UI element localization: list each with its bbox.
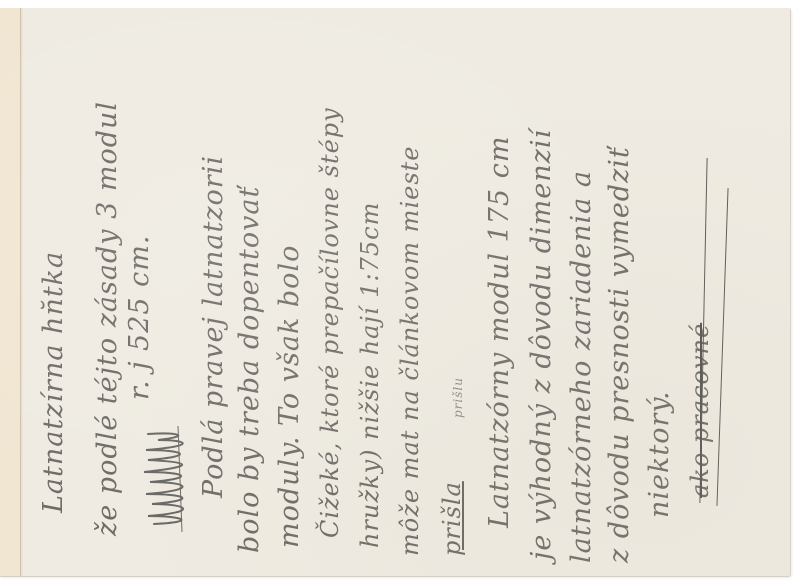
binding-strip bbox=[0, 8, 21, 576]
p2-line-7: prišla bbox=[440, 481, 464, 556]
manuscript-page: Latnatzírna hn̆tka že podlé téjto zásady… bbox=[0, 8, 791, 577]
p3-line-5: niektorý. bbox=[646, 390, 673, 518]
p2-line-1: Podlá pravej latnatzorii bbox=[200, 155, 227, 498]
p3-line-4: z dôvodu presnosti vymedziť bbox=[606, 146, 633, 563]
p3-line-3: latnatzórneho zariadenia a bbox=[568, 170, 595, 563]
p1-line-3: r. j 525 cm. bbox=[126, 235, 153, 400]
p1-line-1: Latnatzírna hn̆tka bbox=[40, 251, 67, 513]
p3-line-1: Latnatzórny modul 175 cm bbox=[486, 136, 513, 528]
long-rule-right bbox=[716, 188, 728, 506]
p2-insertion-note: prišlu bbox=[452, 377, 464, 418]
p2-line-3: moduly. To však bolo bbox=[276, 245, 303, 548]
scribble-deletion-mark bbox=[138, 426, 202, 532]
p2-line-2: bolo by treba dopentovať bbox=[236, 186, 263, 553]
p3-line-2: je výhodný z dôvodu dimenzií bbox=[528, 129, 555, 560]
binding-shadow bbox=[20, 8, 23, 576]
p2-line-4: Čižeké, ktoré prepačílovne štépy bbox=[318, 107, 342, 538]
p2-line-6: môže mat na článkovom mieste bbox=[398, 146, 422, 557]
p1-line-2: že podlé téjto zásady 3 modul bbox=[94, 101, 121, 536]
scan-stage: Latnatzírna hn̆tka že podlé téjto zásady… bbox=[0, 0, 800, 584]
p2-line-5: hružky) nižšie hají 1:75cm bbox=[358, 202, 382, 548]
